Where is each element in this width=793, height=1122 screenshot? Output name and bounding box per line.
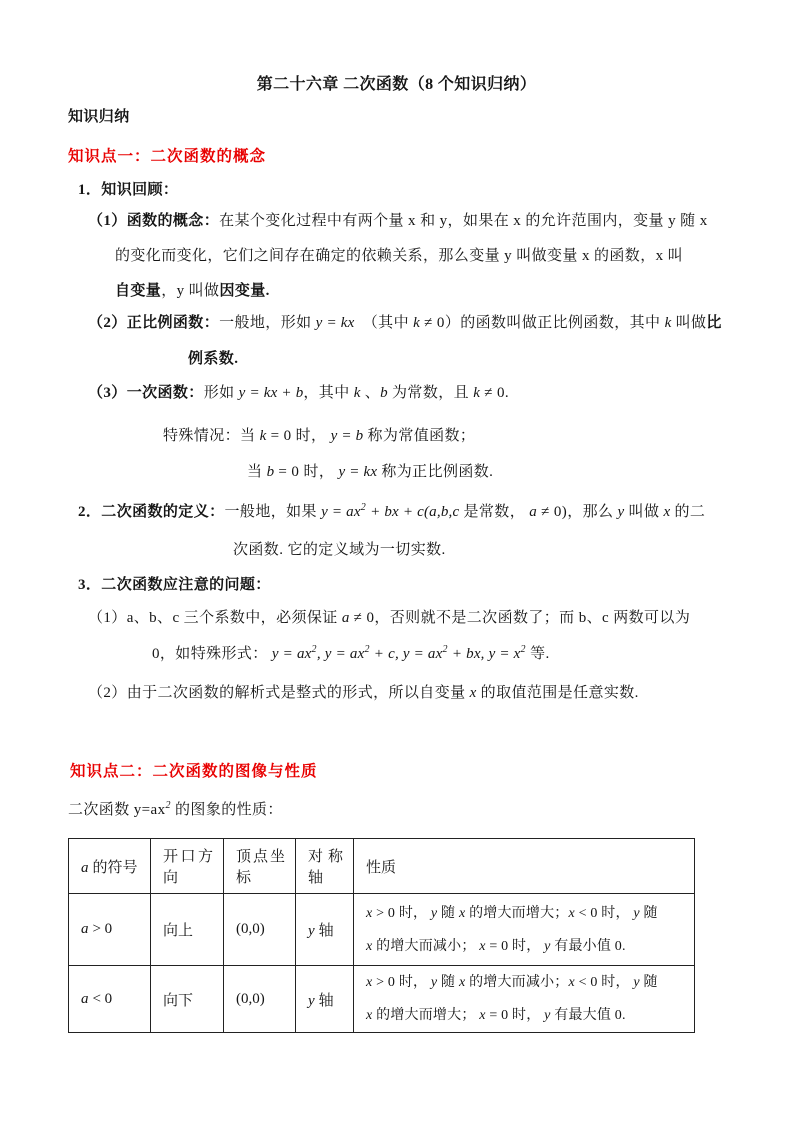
function-concept-line3: 自变量，y 叫做因变量. (115, 280, 270, 302)
text-run: > 0 (89, 921, 112, 937)
note2-line: （2）由于二次函数的解析式是整式的形式，所以自变量 x 的取值范围是任意实数. (88, 682, 639, 704)
col-header-axis: 对称轴 (296, 839, 354, 894)
text-run: > 0 时， (372, 906, 431, 921)
text-run: 的取值范围是任意实数. (477, 685, 639, 701)
text-run: （1）a、b、c 三个系数中，必须保证 (88, 610, 342, 626)
text-run: y = ax (321, 504, 361, 520)
cell-sign-negative: a < 0 (69, 966, 151, 1033)
text-run: 形如 (204, 385, 239, 401)
text-run: y = kx (338, 464, 377, 480)
text-run: 叫做 (624, 504, 663, 520)
text-run: 次函数. 它的定义域为一切实数. (233, 542, 446, 558)
text-run: k (354, 385, 361, 401)
text-run: ≠ 0）的函数叫做正比例函数，其中 (420, 315, 665, 331)
text-run: （2）由于二次函数的解析式是整式的形式，所以自变量 (88, 685, 470, 701)
text-run: 2 (364, 644, 369, 655)
text-run: 称为常值函数； (363, 428, 475, 444)
text-run: 0，如特殊形式： (152, 646, 272, 662)
text-run: 2 (165, 800, 170, 811)
review-label: 1．知识回顾： (78, 179, 178, 201)
text-run: y = kx + b (239, 385, 304, 401)
quadratic-definition-line1: 2．二次函数的定义：一般地，如果 y = ax2 + bx + c(a,b,c … (78, 501, 705, 525)
text-run: + bx, y = x (448, 646, 521, 662)
text-run: ，其中 (303, 385, 353, 401)
text-run: 2 (521, 644, 526, 655)
text-run: 的二 (670, 504, 705, 520)
text-run: 的增大而增大； (465, 906, 568, 921)
text-run: , y = ax (317, 646, 365, 662)
text-run: 第二十六章 二次函数（8 个知识归纳） (257, 76, 537, 93)
note1-line1: （1）a、b、c 三个系数中，必须保证 a ≠ 0，否则就不是二次函数了；而 b… (88, 607, 690, 629)
properties-table: a 的符号 开口方向 顶点坐标 对称轴 性质 a > 0 向上 (0,0) y … (68, 838, 695, 1033)
text-run: 知识归纳 (68, 109, 130, 125)
proportional-function-line1: （2）正比例函数：一般地，形如 y = kx （其中 k ≠ 0）的函数叫做正比… (88, 312, 722, 334)
text-run: 二次函数 y=ax (68, 802, 165, 818)
kp1-heading: 知识点一：二次函数的概念 (68, 146, 266, 168)
linear-function-line: （3）一次函数：形如 y = kx + b，其中 k 、b 为常数，且 k ≠ … (88, 382, 509, 404)
text-run: 知识点二：二次函数的图像与性质 (70, 763, 318, 780)
proportional-function-line2: 例系数. (188, 348, 238, 370)
text-run: 2 (442, 644, 447, 655)
text-run: （1） (88, 213, 127, 229)
text-run: y = ax (272, 646, 312, 662)
text-run: 正比例函数： (127, 315, 219, 331)
text-run: > 0 时， (372, 975, 431, 990)
text-run: ，那么 (567, 504, 617, 520)
text-run: a (342, 610, 350, 626)
text-run: 随 (437, 906, 459, 921)
text-run: k (413, 315, 420, 331)
text-run: 在某个变化过程中有两个量 x 和 y，如果在 x 的允许范围内，变量 y 随 x (219, 213, 708, 229)
kp2-heading: 知识点二：二次函数的图像与性质 (70, 761, 318, 783)
text-run: 一般地，形如 (219, 315, 316, 331)
text-run: < 0 时， (575, 906, 634, 921)
text-run: 比 (706, 315, 721, 331)
text-run: （2） (88, 315, 127, 331)
text-run: a (81, 991, 89, 1007)
special-case-line1: 特殊情况：当 k = 0 时， y = b 称为常值函数； (163, 425, 475, 447)
table-row: a < 0 向下 (0,0) y 轴 x > 0 时， y 随 x 的增大而减小… (69, 966, 695, 1033)
text-run: 的图象的性质： (171, 802, 283, 818)
cell-properties: x > 0 时， y 随 x 的增大而增大；x < 0 时， y 随 x 的增大… (354, 894, 695, 966)
table-row: a > 0 向上 (0,0) y 轴 x > 0 时， y 随 x 的增大而增大… (69, 894, 695, 966)
text-run: 1．知识回顾： (78, 182, 178, 198)
text-run: 随 (437, 975, 459, 990)
text-run: 的增大而减小； (465, 975, 568, 990)
quadratic-definition-line2: 次函数. 它的定义域为一切实数. (233, 539, 446, 561)
col-header-vertex: 顶点坐标 (224, 839, 296, 894)
text-run: 因变量. (219, 283, 269, 299)
text-run: ，y 叫做 (161, 283, 219, 299)
text-run: 特殊情况：当 (163, 428, 260, 444)
document-page: 第二十六章 二次函数（8 个知识归纳） 知识归纳 知识点一：二次函数的概念 1．… (0, 0, 793, 1122)
text-run: ≠ 0，否则就不是二次函数了；而 b、c 两数可以为 (350, 610, 691, 626)
text-run: + c, y = ax (370, 646, 443, 662)
text-run: x (470, 685, 477, 701)
text-run: b (380, 385, 388, 401)
text-run: y (308, 923, 315, 939)
properties-line1: x > 0 时， y 随 x 的增大而减小；x < 0 时， y 随 (366, 966, 694, 999)
properties-line2: x 的增大而增大； x = 0 时， y 有最大值 0. (366, 999, 694, 1032)
text-run: 随 (640, 906, 658, 921)
text-run: 2．二次函数的定义： (78, 504, 225, 520)
text-run: y = b (331, 428, 364, 444)
properties-line2: x 的增大而减小； x = 0 时， y 有最小值 0. (366, 930, 694, 963)
text-run: 叫做 (671, 315, 706, 331)
text-run: y = kx (316, 315, 355, 331)
text-run: （其中 (354, 315, 413, 331)
properties-table-wrap: a 的符号 开口方向 顶点坐标 对称轴 性质 a > 0 向上 (0,0) y … (68, 838, 695, 1033)
table-header-row: a 的符号 开口方向 顶点坐标 对称轴 性质 (69, 839, 695, 894)
text-run: 的变化而变化，它们之间存在确定的依赖关系，那么变量 y 叫做变量 x 的函数，x… (115, 248, 683, 264)
text-run: 是常数， (459, 504, 529, 520)
text-run: = 0 时， (266, 428, 330, 444)
text-run: 2 (361, 502, 366, 513)
text-run: 自变量 (115, 283, 161, 299)
cell-axis: y 轴 (296, 894, 354, 966)
text-run: < 0 (89, 991, 112, 1007)
text-run: a (81, 860, 89, 876)
text-run: < 0 时， (575, 975, 634, 990)
cell-sign-positive: a > 0 (69, 894, 151, 966)
text-run: 知识点一：二次函数的概念 (68, 148, 266, 165)
text-run: 为常数，且 (388, 385, 473, 401)
col-header-properties: 性质 (354, 839, 695, 894)
function-concept-line1: （1）函数的概念：在某个变化过程中有两个量 x 和 y，如果在 x 的允许范围内… (88, 210, 708, 232)
cell-axis: y 轴 (296, 966, 354, 1033)
notes-label: 3．二次函数应注意的问题： (78, 574, 271, 596)
properties-line1: x > 0 时， y 随 x 的增大而增大；x < 0 时， y 随 (366, 897, 694, 930)
text-run: = 0 时， (486, 939, 545, 954)
text-run: 有最小值 0. (551, 939, 626, 954)
text-run: 的增大而减小； (372, 939, 479, 954)
doc-title: 第二十六章 二次函数（8 个知识归纳） (0, 74, 793, 96)
text-run: a (529, 504, 537, 520)
text-run: （3） (88, 385, 127, 401)
cell-vertex: (0,0) (224, 894, 296, 966)
text-run: ≠ 0. (480, 385, 509, 401)
special-case-line2: 当 b = 0 时， y = kx 称为正比例函数. (247, 461, 493, 483)
cell-direction-up: 向上 (151, 894, 224, 966)
text-run: 当 (247, 464, 267, 480)
note1-line2: 0，如特殊形式： y = ax2, y = ax2 + c, y = ax2 +… (152, 643, 550, 667)
kp2-intro: 二次函数 y=ax2 的图象的性质： (68, 799, 283, 823)
intro-label: 知识归纳 (68, 106, 130, 128)
text-run: = 0 时， (486, 1008, 545, 1023)
text-run: 3．二次函数应注意的问题： (78, 577, 271, 593)
text-run: 2 (312, 644, 317, 655)
cell-vertex: (0,0) (224, 966, 296, 1033)
cell-direction-down: 向下 (151, 966, 224, 1033)
text-run: + bx + c(a,b,c (366, 504, 459, 520)
text-run: ≠ 0) (537, 504, 567, 520)
text-run: 轴 (315, 993, 334, 1009)
text-run: 的增大而增大； (372, 1008, 479, 1023)
text-run: 轴 (315, 923, 334, 939)
text-run: 一次函数： (127, 385, 204, 401)
col-header-direction: 开口方向 (151, 839, 224, 894)
cell-properties: x > 0 时， y 随 x 的增大而减小；x < 0 时， y 随 x 的增大… (354, 966, 695, 1033)
text-run: 的符号 (89, 860, 138, 876)
text-run: a (81, 921, 89, 937)
text-run: 随 (640, 975, 658, 990)
text-run: 一般地，如果 (225, 504, 322, 520)
text-run: = 0 时， (274, 464, 338, 480)
text-run: 等. (526, 646, 550, 662)
text-run: 例系数. (188, 351, 238, 367)
text-run: 有最大值 0. (551, 1008, 626, 1023)
text-run: y (308, 993, 315, 1009)
function-concept-line2: 的变化而变化，它们之间存在确定的依赖关系，那么变量 y 叫做变量 x 的函数，x… (115, 245, 683, 267)
text-run: 称为正比例函数. (377, 464, 493, 480)
text-run: 、 (361, 385, 381, 401)
text-run: 函数的概念： (127, 213, 219, 229)
col-header-sign: a 的符号 (69, 839, 151, 894)
